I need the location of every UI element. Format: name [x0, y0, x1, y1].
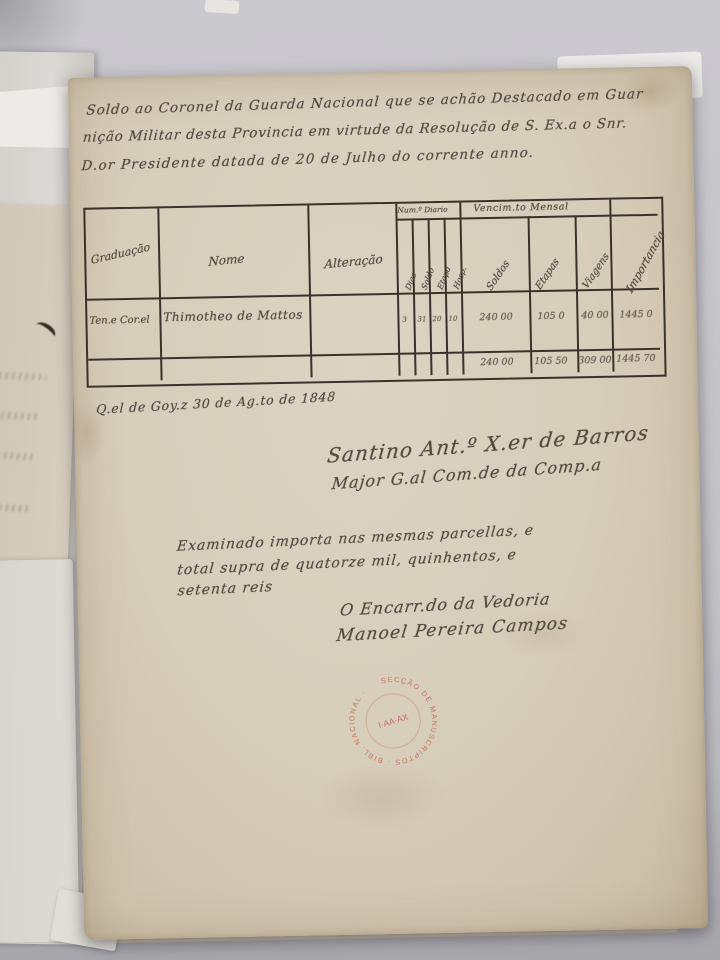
- table-line: [395, 204, 400, 376]
- table-line: [307, 205, 312, 377]
- table-line: [157, 208, 162, 380]
- col-header-nome: Nome: [208, 251, 244, 268]
- note-line-3: setenta reis: [177, 579, 274, 599]
- manuscript-page: Soldo ao Coronel da Guarda Nacional que …: [68, 66, 708, 940]
- row-etapa: 105 0: [537, 311, 564, 323]
- table-line: [609, 200, 614, 372]
- paper-notch-top: [205, 0, 240, 14]
- row-soldo: 240 00: [479, 312, 512, 324]
- faint-script-line: [0, 452, 37, 461]
- row-etapa-d: 20: [432, 315, 441, 323]
- subcol-header-soldos: Soldos: [485, 258, 512, 293]
- row-nome: Thimotheo de Mattos: [163, 308, 303, 325]
- table-line: [396, 214, 658, 221]
- subcol-header-soldo-d: Soldo: [420, 266, 436, 291]
- total-etapa: 105 50: [534, 356, 567, 368]
- paper-stack-bottom-sheet: [0, 559, 79, 943]
- row-dias: 3: [402, 316, 407, 324]
- faint-script-line: [0, 503, 28, 512]
- row-importancia: 1445 0: [619, 309, 652, 321]
- faint-script-line: [0, 372, 46, 381]
- group-header-vencimento-mensal: Vencim.to Mensal: [473, 201, 569, 214]
- subcol-header-etapas: Etapas: [534, 256, 562, 292]
- heading-line-3: D.or Presidente datada de 20 de Julho do…: [81, 145, 535, 174]
- group-header-numero-diario: Num.º Diario: [397, 205, 447, 215]
- faint-script-line: [0, 412, 38, 421]
- table-line: [87, 288, 659, 301]
- col-header-graduacao: Graduação: [90, 240, 151, 267]
- subcol-header-hosp-d: Hosp.: [452, 265, 468, 291]
- signature-2-name: Manoel Pereira Campos: [335, 613, 569, 646]
- archive-stamp: SECÇÃO DE MANUSCRIPTOS · BIBL. NACIONAL …: [324, 652, 461, 789]
- paper-stack-tan-sheet: [0, 203, 80, 568]
- ink-blot-mark: [32, 318, 58, 343]
- total-viagens: 309 00: [578, 355, 611, 367]
- stamp-center-text: I·AA·AX: [377, 712, 410, 731]
- total-importancia: 1445 70: [616, 353, 656, 365]
- row-graduacao: Ten.e Cor.el: [89, 315, 149, 327]
- table-line: [88, 348, 660, 361]
- total-soldo: 240 00: [480, 357, 513, 369]
- col-header-importancia: Importancia: [624, 228, 667, 296]
- col-header-alteracao: Alteração: [324, 252, 382, 271]
- pay-table: Graduação Nome Alteração Num.º Diario Ve…: [83, 197, 666, 388]
- subcol-header-dias: Dias: [404, 271, 418, 292]
- subcol-header-etapa-d: Etapa: [436, 265, 453, 291]
- row-viagens: 40 00: [581, 310, 608, 322]
- heading-line-1: Soldo ao Coronel da Guarda Nacional que …: [86, 86, 644, 119]
- subcol-header-viagens: Viagens: [581, 251, 612, 291]
- place-date-line: Q.el de Goy.z 30 de Ag.to de 1848: [96, 389, 337, 417]
- row-hosp-d: 10: [448, 315, 457, 323]
- photo-of-manuscript: { "document": { "header_lines": [ "Soldo…: [0, 0, 720, 960]
- row-soldo-d: 31: [417, 315, 426, 323]
- heading-line-2: nição Militar desta Provincia em virtude…: [82, 115, 628, 145]
